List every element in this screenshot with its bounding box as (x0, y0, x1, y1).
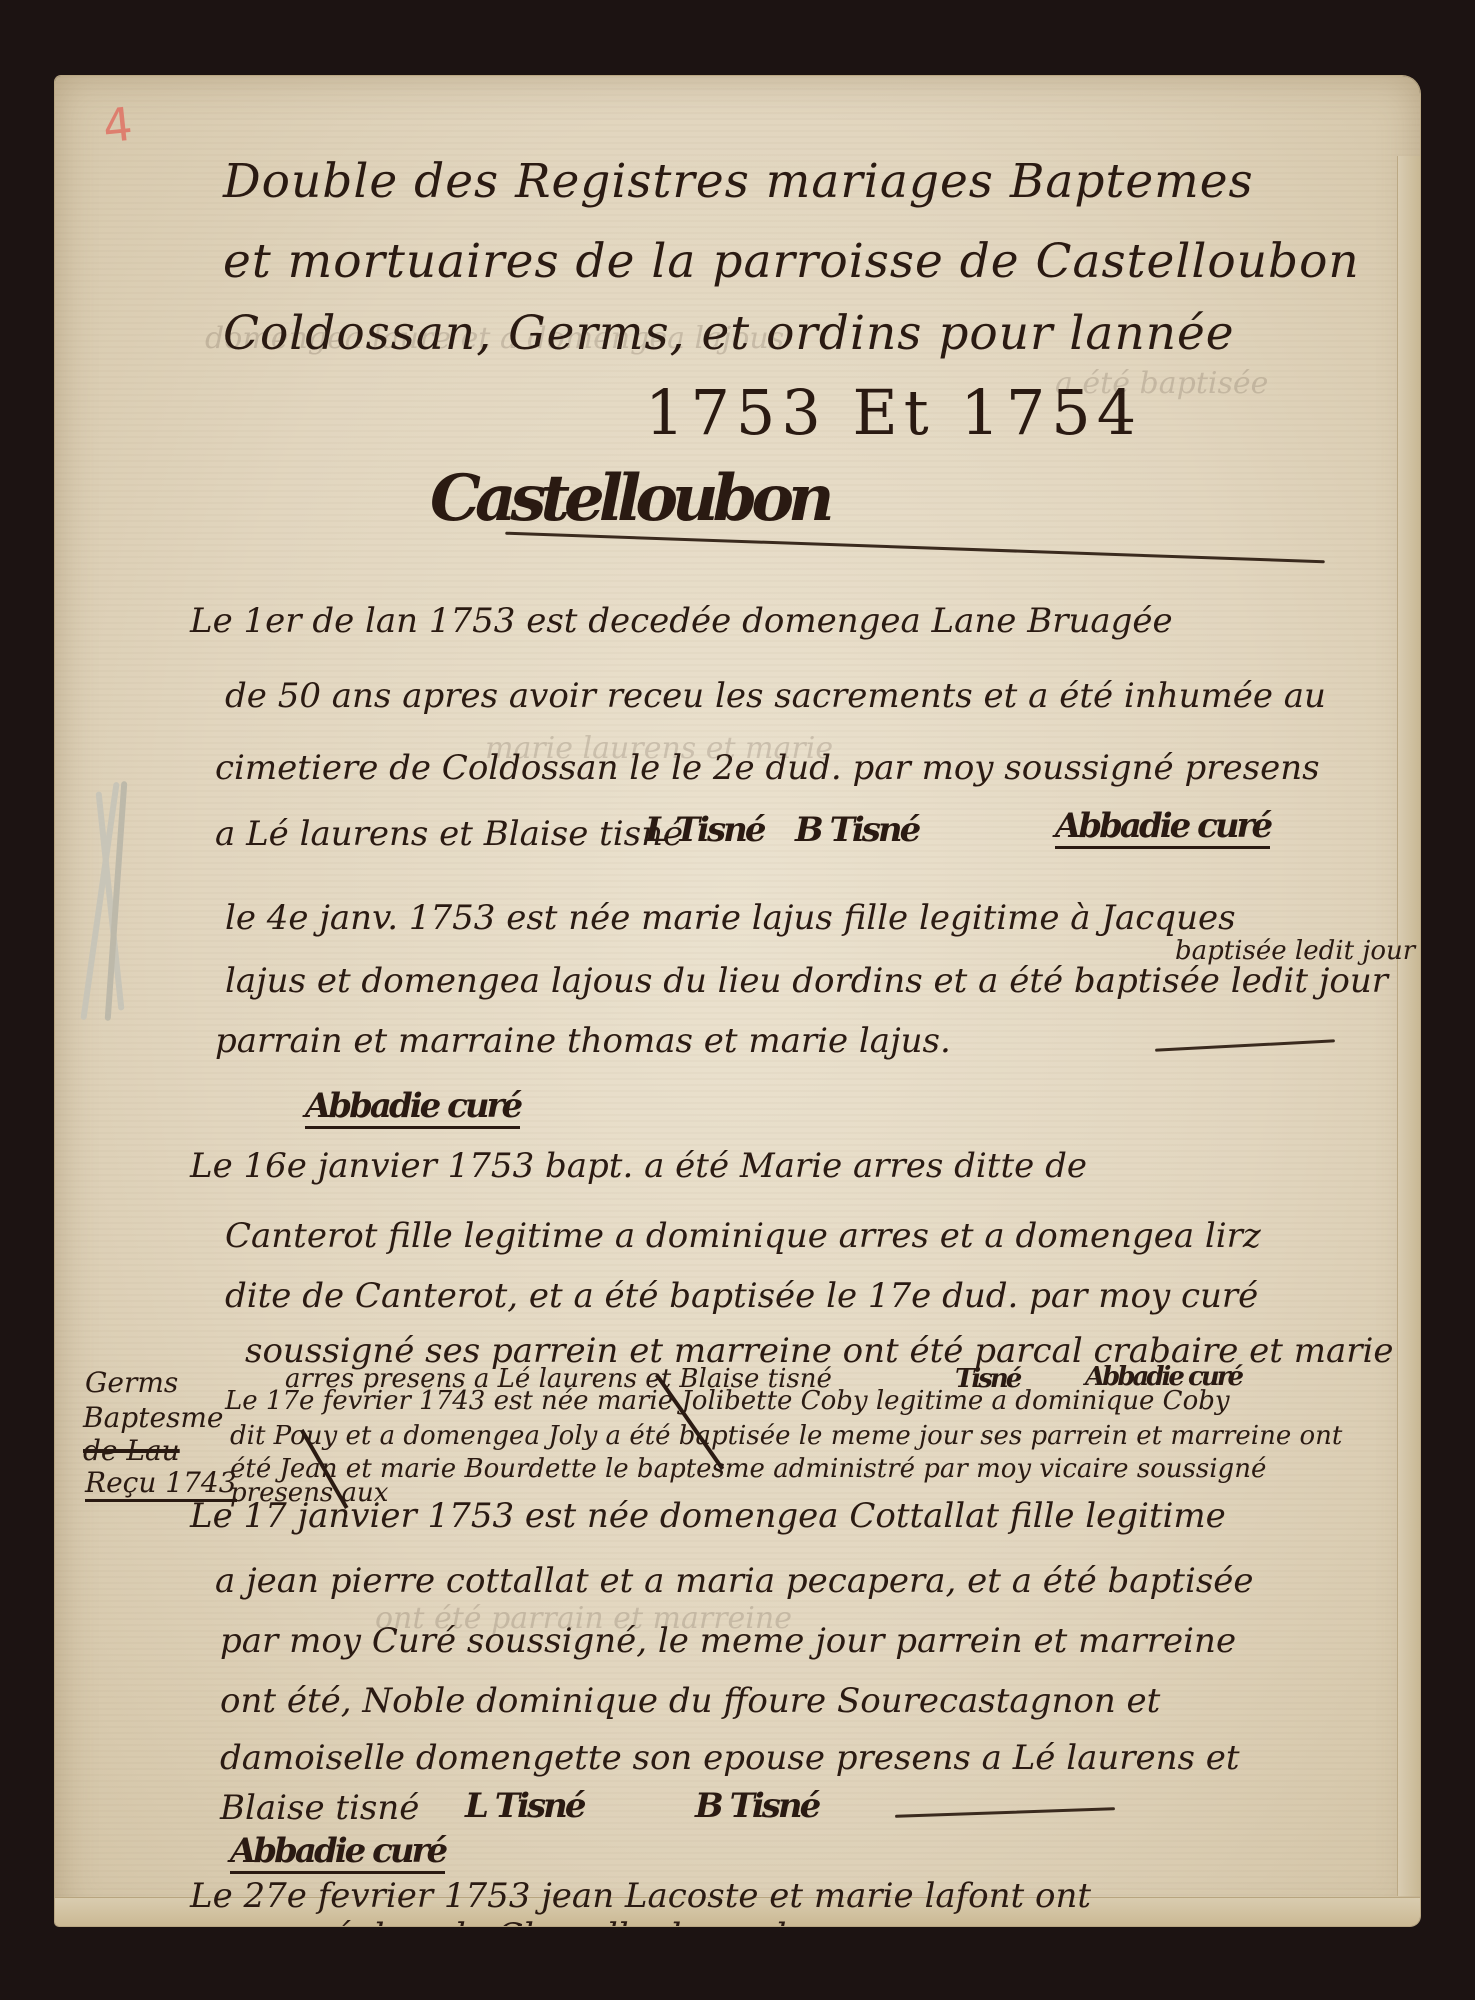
entry-line: lajus et domengea lajous du lieu dordins… (225, 961, 1388, 1001)
entry-line: Le 1er de lan 1753 est decedée domengea … (190, 601, 1173, 641)
signature-l-tisne: L Tisné (465, 1786, 583, 1826)
title-signature: Castelloubon (430, 461, 829, 536)
entry-line: par moy Curé soussigné, le meme jour par… (220, 1621, 1236, 1661)
margin-note: de Lau (83, 1434, 180, 1467)
binding-string-icon (93, 781, 127, 1021)
signature-cure: Abbadie curé (230, 1831, 445, 1874)
entry-line: damoiselle domengette son epouse presens… (220, 1738, 1240, 1778)
entry-line: Le 16e janvier 1753 bapt. a été Marie ar… (190, 1146, 1087, 1186)
entry-line: de 50 ans apres avoir receu les sacremen… (225, 676, 1326, 716)
line-filler (1155, 1039, 1335, 1051)
entry-line: cimetiere de Coldossan le le 2e dud. par… (215, 748, 1320, 788)
entry-line: Blaise tisné (220, 1788, 419, 1828)
title-line-1: Double des Registres mariages Baptemes (223, 154, 1254, 209)
signature-l-tisne: L Tisné (645, 810, 763, 850)
signature-b-tisne: B Tisné (795, 810, 918, 850)
entry-line: ont été, Noble dominique du ffoure Soure… (220, 1681, 1160, 1721)
entry-line: Le 17e fevrier 1743 est née marie Jolibe… (225, 1386, 1230, 1416)
signature-b-tisne: B Tisné (695, 1786, 818, 1826)
folio-mark: 4 (100, 97, 135, 154)
entry-line: parrain et marraine thomas et marie laju… (215, 1021, 951, 1061)
entry-line: Le 27e fevrier 1753 jean Lacoste et mari… (190, 1876, 1091, 1916)
entry-line: Canterot fille legitime a dominique arre… (225, 1216, 1261, 1256)
manuscript-page: 4 domengea laure et a domengea lajous a … (55, 76, 1420, 1926)
signature-cure: Abbadie curé (305, 1086, 520, 1129)
entry-line: a jean pierre cottallat et a maria pecap… (215, 1561, 1254, 1601)
title-line-3: Coldossan, Germs, et ordins pour lannée (223, 306, 1235, 361)
title-years: 1753 Et 1754 (645, 376, 1142, 449)
entry-line: Le 17 janvier 1753 est née domengea Cott… (190, 1496, 1226, 1536)
title-line-2: et mortuaires de la parroisse de Castell… (223, 234, 1360, 289)
margin-note: Baptesme (83, 1401, 224, 1434)
entry-line: dit Pouy et a domengea Joly a été baptis… (230, 1421, 1342, 1451)
signature-flourish (505, 532, 1325, 564)
entry-line: le 4e janv. 1753 est née marie lajus fil… (225, 898, 1236, 938)
page-edge-right (1397, 156, 1420, 1896)
entry-line: epousé dans la Chapelle de medous (230, 1916, 846, 1926)
entry-line: dite de Canterot, et a été baptisée le 1… (225, 1276, 1258, 1316)
line-filler (895, 1807, 1115, 1818)
entry-line: a Lé laurens et Blaise tisné (215, 814, 683, 854)
signature-cure: Abbadie curé (1055, 806, 1270, 849)
margin-note: Germs (85, 1366, 178, 1399)
